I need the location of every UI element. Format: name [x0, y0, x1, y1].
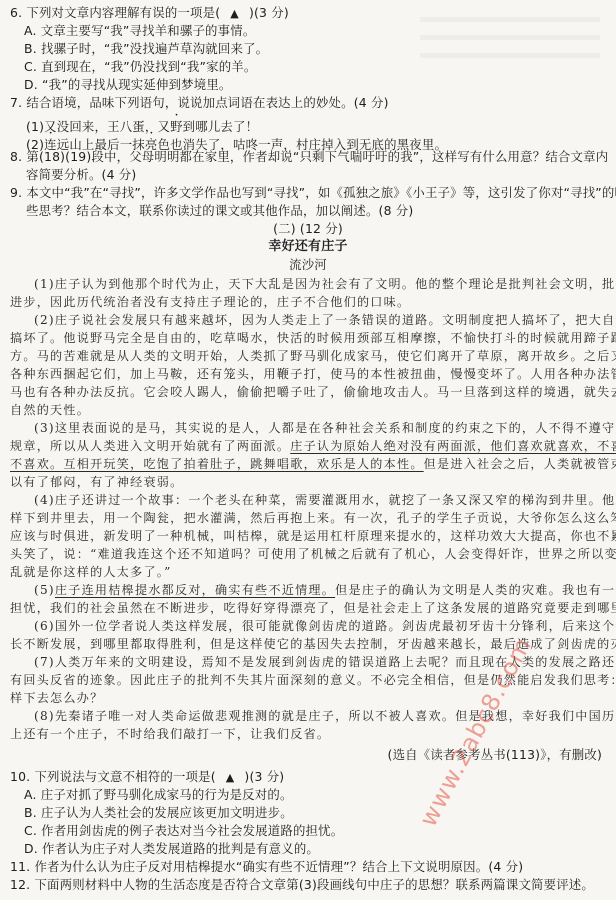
- article-p4-line-1: (4)庄子还讲过一个故事：一个老头在种菜，需要灌溉用水，就挖了一条又深又窄的梯沟…: [34, 491, 616, 509]
- article-p2-line-1: (2)庄子说社会发展只有越来越坏，因为人类走上了一条错误的道路。文明制度把人搞坏…: [34, 311, 616, 329]
- question-10-stem: 10. 下列说法与文意不相符的一项是(▲)(3 分): [10, 768, 284, 787]
- article-p1-line-2: 进步，因此历代统治者没有支持庄子理论的，庄子不合他们的口味。: [10, 293, 410, 311]
- q10-option-b: B. 庄子认为人类社会的发展应该更加文明进步。: [24, 804, 293, 822]
- article-p2-line-5: 马也有各种办法反抗。它会咬人踢人，偷偷把嚼子吐了，偷偷地攻击人。马一旦落到这样的…: [10, 383, 616, 401]
- article-p2-line-3: 方。马的苦难就是从人类的文明开始，人类抓了野马驯化成家马，使它们离开了草原，离开…: [10, 347, 616, 365]
- article-p7-line-1: (7)人类万年来的文明建设，焉知不是发展到剑齿虎的错误道路上去呢？而且现在人类的…: [34, 653, 616, 671]
- question-6-stem: 6. 下列对文章内容理解有误的一项是(▲)(3 分): [10, 4, 289, 23]
- article-p2-line-2: 搞坏了。他说野马完全是自由的，吃草喝水，快活的时候用颈部互相摩擦，不愉快打斗的时…: [10, 329, 616, 347]
- article-p3-line-4: 以有了郁闷，有了神经衰弱。: [10, 473, 183, 491]
- answer-blank-triangle-icon: ▲: [226, 769, 235, 787]
- q10-option-d: D. 作者认为庄子对人类发展道路的批判是有意义的。: [24, 840, 319, 858]
- article-p2-line-6: 自然的天性。: [10, 401, 90, 419]
- section-heading: (二) (12 分): [0, 220, 616, 238]
- bleed-through-shadow: [420, 8, 600, 68]
- article-title: 幸好还有庄子: [0, 238, 616, 256]
- q6-option-b: B. 找骡子时，“我”没找遍芦草沟就回来了。: [24, 40, 268, 58]
- p3-plain-text-2: 但是进入社会之后，人类就被管束，所: [424, 457, 616, 471]
- p5-plain-text: 但是庄子的确认为文明是人类的灾难。我也有一些: [335, 583, 616, 597]
- question-7-stem: 7. 结合语境，品味下列语句，说说加点词语在表达上的妙处。(4 分): [10, 94, 389, 112]
- q10-stem-text: 10. 下列说法与文意不相符的一项是(: [10, 769, 216, 784]
- article-p4-line-4: 头笑了，说：“难道我连这个还不知道吗？可使用了机械之后就有了机心，人会变得奸诈，…: [10, 545, 616, 563]
- p3-underlined-sentence-part-2: 不喜欢。互相开玩笑，吃饱了拍着肚子，跳舞唱歌，欢乐是人的本性。: [10, 457, 424, 471]
- article-p5-line-2: 担忧，我们的社会虽然在不断进步，吃得好穿得漂亮了，但是社会走上了这条发展的道路究…: [10, 599, 616, 617]
- q6-option-c: C. 直到现在，“我”仍没找到“我”家的羊。: [24, 58, 256, 76]
- article-p8-line-2: 上还有一个庄子，不时给我们敲打一下，让我们反省。: [10, 725, 330, 743]
- article-p7-line-3: 样下去怎么办？: [10, 689, 103, 707]
- article-p3-line-2: 规章，所以从人类进入文明开始就有了两面派。庄子认为原始人绝对没有两面派，他们喜欢…: [10, 437, 616, 455]
- p5-underlined-sentence: 庄子连用桔槔提水都反对，确实有些不近情理。: [55, 583, 335, 597]
- answer-blank-triangle-icon: ▲: [230, 5, 239, 23]
- q10-option-a: A. 庄子对抓了野马驯化成家马的行为是反对的。: [24, 786, 293, 804]
- article-p2-line-4: 各种东西捆起它们，加上马鞍，还有笼头，用鞭子打，使马的本性被扭曲，慢慢变坏了。人…: [10, 365, 616, 383]
- question-12-stem: 12. 下面两则材料中人物的生活态度是否符合文章第(3)段画线句中庄子的思想？联…: [10, 876, 594, 894]
- q10-score: )(3 分): [244, 769, 284, 784]
- question-9-line-1: 9. 本文中“我”在“寻找”，许多文学作品也写到“寻找”，如《孤独之旅》《小王子…: [10, 184, 616, 202]
- article-p5-line-1: (5)庄子连用桔槔提水都反对，确实有些不近情理。但是庄子的确认为文明是人类的灾难…: [34, 581, 616, 599]
- p3-underlined-sentence-part-1: 庄子认为原始人绝对没有两面派，他们喜欢就喜欢，不喜欢就: [290, 439, 616, 453]
- question-8-line-1: 8. 第(18)(19)段中，父母明明都在家里，作者却说“只剩下气喘吁吁的我”，…: [10, 148, 608, 166]
- question-11-stem: 11. 作者为什么认为庄子反对用桔槔提水“确实有些不近情理”？结合上下文说明原因…: [10, 858, 523, 876]
- p5-number: (5): [34, 583, 55, 597]
- q6-score: )(3 分): [249, 5, 289, 20]
- q6-option-a: A. 文章主要写“我”寻找羊和骡子的事情。: [24, 22, 255, 40]
- p3-plain-text: 规章，所以从人类进入文明开始就有了两面派。: [10, 439, 290, 453]
- article-p6-line-2: 长不断发展，到哪里都取得胜利，但是这样使它的基因失去控制，牙齿越来越长，最后造成…: [10, 635, 616, 653]
- q6-stem-text: 6. 下列对文章内容理解有误的一项是(: [10, 5, 220, 20]
- article-p3-line-3: 不喜欢。互相开玩笑，吃饱了拍着肚子，跳舞唱歌，欢乐是人的本性。但是进入社会之后，…: [10, 455, 616, 473]
- exam-page: 6. 下列对文章内容理解有误的一项是(▲)(3 分) A. 文章主要写“我”寻找…: [0, 0, 616, 900]
- question-8-line-2: 容简要分析。(4 分): [26, 166, 136, 184]
- article-p4-line-5: 乱就是你这样的人太多了。”: [10, 563, 172, 581]
- article-author: 流沙河: [0, 256, 616, 274]
- question-9-line-2: 些思考？结合本文，联系你读过的课文或其他作品，加以阐述。(8 分): [26, 202, 413, 220]
- q10-option-c: C. 作者用剑齿虎的例子表达对当今社会发展道路的担忧。: [24, 822, 343, 840]
- article-p1-line-1: (1)庄子认为到他那个时代为止，天下大乱是因为社会有了文明。他的整个理论是批判社…: [34, 275, 616, 293]
- article-p4-line-3: 应该与时俱进，新发明了一种机械，叫桔槔，就是运用杠杆原理来提水的，这样功效大大提…: [10, 527, 616, 545]
- article-source: (选自《读者参考丛书(113)》，有删改): [388, 746, 602, 764]
- article-p6-line-1: (6)国外一位学者说人类这样发展，很可能就像剑齿虎的道路。剑齿虎最初牙齿十分锋利…: [34, 617, 616, 635]
- q6-option-d: D. “我”的寻找从现实延伸到梦境里。: [24, 76, 232, 94]
- article-p7-line-2: 有回头反省的迹象。因此庄子的批判不失其片面深刻的意义。不必完全相信，但是仍然能启…: [10, 671, 616, 689]
- article-p4-line-2: 样下到井里去，用一个陶瓮，把水灌满，然后再抱上来。有一次，孔子的学生子贡说，大爷…: [10, 509, 616, 527]
- article-p3-line-1: (3)这里表面说的是马，其实说的是人，人都是在各种社会关系和制度的约束之下的，人…: [34, 419, 616, 437]
- article-p8-line-1: (8)先秦诸子唯一对人类命运做悲观推测的就是庄子，所以不被人喜欢。但是我想，幸好…: [34, 707, 616, 725]
